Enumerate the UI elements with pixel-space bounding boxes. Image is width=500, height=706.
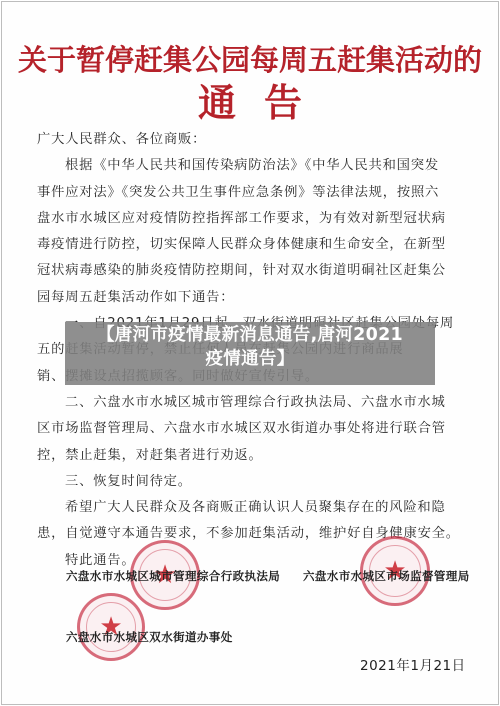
body-line: 二、六盘水市水城区城市管理综合行政执法局、六盘水市水城 (37, 390, 467, 416)
body-line: 毒疫情进行防控，切实保障人民群众身体健康和生命安全，在新型 (37, 232, 467, 258)
body-line: 三、恢复时间待定。 (37, 469, 467, 495)
body-line: 根据《中华人民共和国传染病防治法》《中华人民共和国突发 (37, 153, 467, 179)
body-line: 希望广大人民群众及各商贩正确认识人员聚集存在的风险和隐 (37, 495, 467, 521)
body-line: 广大人民群众、各位商贩： (37, 127, 467, 153)
caption-text: 【唐河市疫情最新消息通告,唐河2021 疫情通告】 (65, 323, 435, 371)
body-line: 园每周五赶集活动作如下通告： (37, 285, 467, 311)
notice-date: 2021年1月21日 (360, 654, 466, 674)
body-line: 区市场监督管理局、六盘水市水城区双水街道办事处将进行联合管 (37, 416, 467, 442)
official-seal-stamp: ★ (77, 593, 145, 661)
notice-heading: 通告 (0, 72, 500, 127)
body-line: 盘水市水城区应对疫情防控指挥部工作要求，为有效对新型冠状病 (37, 206, 467, 232)
body-line: 事件应对法》《突发公共卫生事件应急条例》等法律法规，按照六 (37, 180, 467, 206)
signature-market-supervision: 六盘水市水城区市场监督管理局 (303, 568, 470, 584)
caption-line: 【唐河市疫情最新消息通告,唐河2021 (65, 323, 435, 347)
body-line: 控，禁止赶集，对赶集者进行劝返。 (37, 443, 467, 469)
caption-line: 疫情通告】 (65, 347, 435, 371)
signature-urban-management: 六盘水市水城区城市管理综合行政执法局 (66, 568, 280, 584)
signature-street-office: 六盘水市水城区双水街道办事处 (66, 629, 233, 645)
body-line: 冠状病毒感染的肺炎疫情防控期间，针对双水街道明硐社区赶集公 (37, 258, 467, 284)
